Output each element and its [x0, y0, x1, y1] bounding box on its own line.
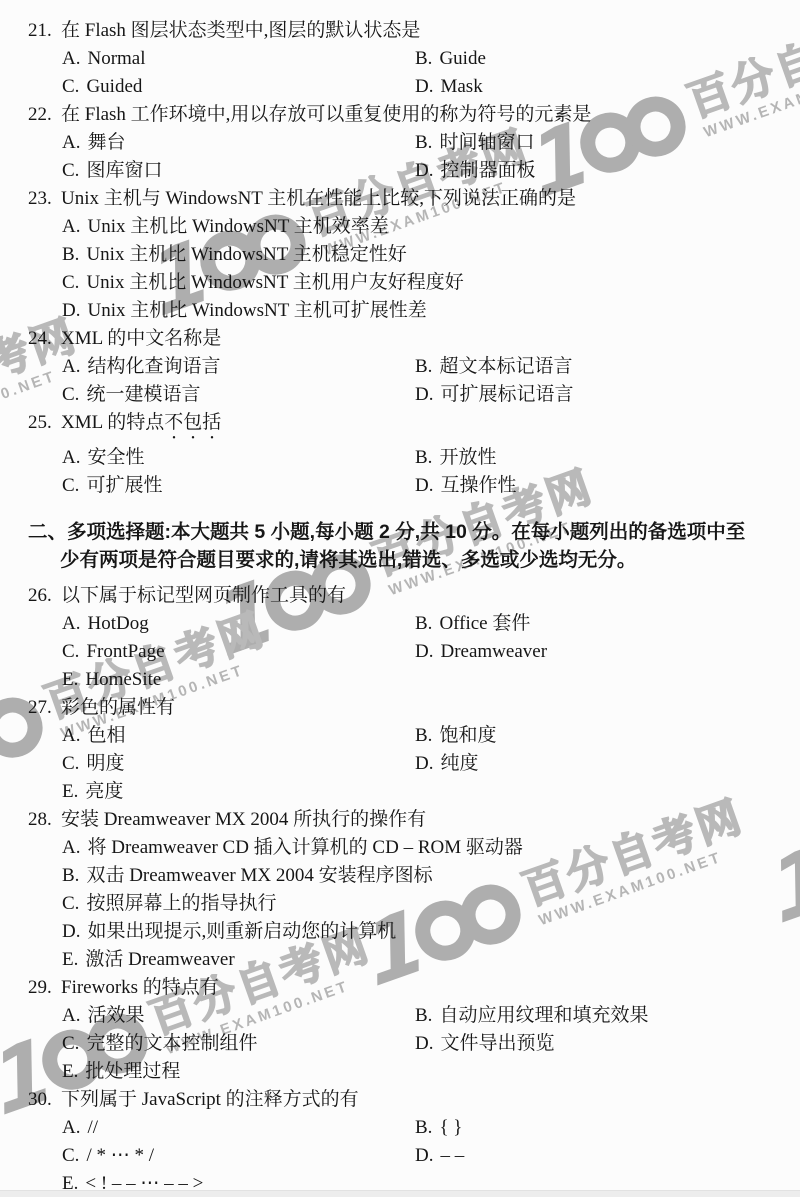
- option-text: Unix 主机比 WindowsNT 主机稳定性好: [86, 244, 406, 265]
- answer-option: C.可扩展性: [62, 472, 415, 500]
- option-text: 按照屏幕上的指导执行: [86, 893, 276, 914]
- answer-option: B.Unix 主机比 WindowsNT 主机稳定性好: [62, 241, 790, 269]
- emphasized-text: 不包括: [164, 412, 221, 433]
- exam-content: 21.在 Flash 图层状态类型中,图层的默认状态是 A.Normal B.G…: [0, 0, 800, 1197]
- option-label: D.: [415, 753, 440, 774]
- exam-page: 1 百分自考网 WWW.EXAM100.NET 1 百分自考网 WWW.EXAM…: [0, 0, 800, 1197]
- option-text: Mask: [440, 76, 482, 97]
- answer-option: C.Guided: [62, 73, 415, 101]
- option-text: 如果出现提示,则重新启动您的计算机: [87, 921, 396, 942]
- answer-option: D.Mask: [415, 73, 790, 101]
- answer-option: D.Dreamweaver: [415, 638, 790, 666]
- option-text: Dreamweaver: [440, 641, 547, 662]
- option-label: C.: [62, 272, 86, 293]
- question-options: A.Unix 主机比 WindowsNT 主机效率差 B.Unix 主机比 Wi…: [62, 213, 790, 325]
- question-number: 28.: [28, 806, 61, 834]
- option-text: 超文本标记语言: [439, 356, 572, 377]
- option-text: 自动应用纹理和填充效果: [439, 1005, 648, 1026]
- option-label: B.: [62, 244, 86, 265]
- question-number: 22.: [28, 101, 61, 129]
- question-title: 安装 Dreamweaver MX 2004 所执行的操作有: [61, 809, 426, 830]
- answer-option: E.批处理过程: [62, 1058, 415, 1086]
- option-label: C.: [62, 1033, 86, 1054]
- option-label: C.: [62, 475, 86, 496]
- section2-header-line1: 二、多项选择题:本大题共 5 小题,每小题 2 分,共 10 分。在每小题列出的…: [28, 518, 790, 546]
- option-label: C.: [62, 160, 86, 181]
- question-options: A.// B.{ } C./ * ⋯ * / D.– – E.< ! – – ⋯…: [62, 1114, 790, 1197]
- single-choice-questions: 21.在 Flash 图层状态类型中,图层的默认状态是 A.Normal B.G…: [28, 17, 790, 500]
- option-label: C.: [62, 753, 86, 774]
- option-label: A.: [62, 837, 87, 858]
- section2-header: 二、多项选择题:本大题共 5 小题,每小题 2 分,共 10 分。在每小题列出的…: [28, 518, 790, 574]
- question-title: 彩色的属性有: [61, 697, 175, 718]
- question-title: XML 的特点不包括: [61, 412, 221, 433]
- answer-option: E.HomeSite: [62, 666, 415, 694]
- answer-option: D.Unix 主机比 WindowsNT 主机可扩展性差: [62, 297, 790, 325]
- question-options: A.结构化查询语言 B.超文本标记语言 C.统一建模语言 D.可扩展标记语言: [62, 353, 790, 409]
- answer-option: C./ * ⋯ * /: [62, 1142, 415, 1170]
- question-title: 在 Flash 工作环境中,用以存放可以重复使用的称为符号的元素是: [61, 104, 591, 125]
- question-number: 24.: [28, 325, 61, 353]
- option-label: B.: [415, 1117, 439, 1138]
- option-label: E.: [62, 669, 85, 690]
- option-label: D.: [415, 76, 440, 97]
- answer-option: C.FrontPage: [62, 638, 415, 666]
- option-text: { }: [439, 1117, 462, 1138]
- option-label: B.: [415, 356, 439, 377]
- option-label: A.: [62, 356, 87, 377]
- answer-option: A.Unix 主机比 WindowsNT 主机效率差: [62, 213, 790, 241]
- option-text: 亮度: [85, 781, 123, 802]
- option-label: A.: [62, 725, 87, 746]
- option-label: B.: [415, 613, 439, 634]
- question-number: 21.: [28, 17, 61, 45]
- answer-option: A.Normal: [62, 45, 415, 73]
- option-text: //: [87, 1117, 98, 1138]
- answer-option: C.图库窗口: [62, 157, 415, 185]
- option-label: A.: [62, 216, 87, 237]
- multi-choice-questions: 26.以下属于标记型网页制作工具的有 A.HotDog B.Office 套件 …: [28, 582, 790, 1197]
- answer-option: B.时间轴窗口: [415, 129, 790, 157]
- option-label: A.: [62, 447, 87, 468]
- option-label: A.: [62, 1005, 87, 1026]
- option-text: 可扩展标记语言: [440, 384, 573, 405]
- answer-option: A.HotDog: [62, 610, 415, 638]
- answer-option: B.超文本标记语言: [415, 353, 790, 381]
- option-text: 舞台: [87, 132, 125, 153]
- answer-option: A.舞台: [62, 129, 415, 157]
- option-label: C.: [62, 384, 86, 405]
- answer-option: B.{ }: [415, 1114, 790, 1142]
- answer-option: E.亮度: [62, 778, 415, 806]
- option-text: 统一建模语言: [86, 384, 200, 405]
- question: 22.在 Flash 工作环境中,用以存放可以重复使用的称为符号的元素是 A.舞…: [28, 101, 790, 185]
- option-text: – –: [440, 1145, 464, 1166]
- option-text: 纯度: [440, 753, 478, 774]
- option-label: B.: [415, 1005, 439, 1026]
- option-label: C.: [62, 1145, 86, 1166]
- question-title: 以下属于标记型网页制作工具的有: [61, 585, 346, 606]
- option-text: Unix 主机比 WindowsNT 主机用户友好程度好: [86, 272, 463, 293]
- option-text: 色相: [87, 725, 125, 746]
- option-label: C.: [62, 76, 86, 97]
- answer-option: B.双击 Dreamweaver MX 2004 安装程序图标: [62, 862, 790, 890]
- answer-option: B.饱和度: [415, 722, 790, 750]
- option-text: Guide: [439, 48, 485, 69]
- option-text: 活效果: [87, 1005, 144, 1026]
- option-text: 安全性: [87, 447, 144, 468]
- question-title: 在 Flash 图层状态类型中,图层的默认状态是: [61, 20, 420, 41]
- question-number: 29.: [28, 974, 61, 1002]
- answer-option: D.纯度: [415, 750, 790, 778]
- question-options: A.色相 B.饱和度 C.明度 D.纯度 E.亮度: [62, 722, 790, 806]
- question-options: A.将 Dreamweaver CD 插入计算机的 CD – ROM 驱动器 B…: [62, 834, 790, 974]
- answer-option: C.按照屏幕上的指导执行: [62, 890, 790, 918]
- question: 24.XML 的中文名称是 A.结构化查询语言 B.超文本标记语言 C.统一建模…: [28, 325, 790, 409]
- option-text: 图库窗口: [86, 160, 162, 181]
- question-options: A.安全性 B.开放性 C.可扩展性 D.互操作性: [62, 444, 790, 500]
- option-label: D.: [415, 641, 440, 662]
- option-label: D.: [415, 475, 440, 496]
- option-label: C.: [62, 893, 86, 914]
- option-text: 时间轴窗口: [439, 132, 534, 153]
- option-label: A.: [62, 1117, 87, 1138]
- answer-option: C.Unix 主机比 WindowsNT 主机用户友好程度好: [62, 269, 790, 297]
- option-label: B.: [415, 48, 439, 69]
- answer-option: D.互操作性: [415, 472, 790, 500]
- question: 26.以下属于标记型网页制作工具的有 A.HotDog B.Office 套件 …: [28, 582, 790, 694]
- option-text: 文件导出预览: [440, 1033, 554, 1054]
- option-text: Unix 主机比 WindowsNT 主机效率差: [87, 216, 388, 237]
- option-label: B.: [62, 865, 86, 886]
- question: 25.XML 的特点不包括 A.安全性 B.开放性 C.可扩展性 D.互操作性: [28, 409, 790, 500]
- option-text: 批处理过程: [85, 1061, 180, 1082]
- question: 21.在 Flash 图层状态类型中,图层的默认状态是 A.Normal B.G…: [28, 17, 790, 101]
- answer-option: C.统一建模语言: [62, 381, 415, 409]
- option-text: 双击 Dreamweaver MX 2004 安装程序图标: [86, 865, 432, 886]
- answer-option: D.文件导出预览: [415, 1030, 790, 1058]
- answer-option: D.– –: [415, 1142, 790, 1170]
- question: 28.安装 Dreamweaver MX 2004 所执行的操作有 A.将 Dr…: [28, 806, 790, 974]
- answer-option: A.将 Dreamweaver CD 插入计算机的 CD – ROM 驱动器: [62, 834, 790, 862]
- option-label: A.: [62, 48, 87, 69]
- option-label: E.: [62, 1061, 85, 1082]
- question-number: 25.: [28, 409, 61, 437]
- option-text: Office 套件: [439, 613, 530, 634]
- option-text: 开放性: [439, 447, 496, 468]
- question-number: 30.: [28, 1086, 61, 1114]
- question: 27.彩色的属性有 A.色相 B.饱和度 C.明度 D.纯度 E.亮度: [28, 694, 790, 806]
- answer-option: A.//: [62, 1114, 415, 1142]
- answer-option: C.完整的文本控制组件: [62, 1030, 415, 1058]
- question: 29.Fireworks 的特点有 A.活效果 B.自动应用纹理和填充效果 C.…: [28, 974, 790, 1086]
- answer-option: B.Guide: [415, 45, 790, 73]
- question-title: XML 的中文名称是: [61, 328, 221, 349]
- option-label: D.: [62, 921, 87, 942]
- option-text: 互操作性: [440, 475, 516, 496]
- option-label: A.: [62, 132, 87, 153]
- option-text: Guided: [86, 76, 142, 97]
- question-options: A.活效果 B.自动应用纹理和填充效果 C.完整的文本控制组件 D.文件导出预览…: [62, 1002, 790, 1086]
- option-text: 可扩展性: [86, 475, 162, 496]
- option-text: HomeSite: [85, 669, 161, 690]
- option-label: D.: [415, 1033, 440, 1054]
- option-text: Normal: [87, 48, 145, 69]
- answer-option: E.激活 Dreamweaver: [62, 946, 790, 974]
- answer-option: D.如果出现提示,则重新启动您的计算机: [62, 918, 790, 946]
- option-label: A.: [62, 613, 87, 634]
- answer-option: B.自动应用纹理和填充效果: [415, 1002, 790, 1030]
- answer-option: D.控制器面板: [415, 157, 790, 185]
- question: 23.Unix 主机与 WindowsNT 主机在性能上比较,下列说法正确的是 …: [28, 185, 790, 325]
- option-text: FrontPage: [86, 641, 164, 662]
- answer-option: A.安全性: [62, 444, 415, 472]
- answer-option: B.开放性: [415, 444, 790, 472]
- option-label: D.: [62, 300, 87, 321]
- question-title: Fireworks 的特点有: [61, 977, 219, 998]
- option-text: 明度: [86, 753, 124, 774]
- question-title: Unix 主机与 WindowsNT 主机在性能上比较,下列说法正确的是: [61, 188, 576, 209]
- section2-header-line2: 少有两项是符合题目要求的,请将其选出,错选、多选或少选均无分。: [60, 546, 790, 574]
- question: 30.下列属于 JavaScript 的注释方式的有 A.// B.{ } C.…: [28, 1086, 790, 1197]
- option-label: B.: [415, 132, 439, 153]
- answer-option: D.可扩展标记语言: [415, 381, 790, 409]
- question-options: A.舞台 B.时间轴窗口 C.图库窗口 D.控制器面板: [62, 129, 790, 185]
- answer-option: A.结构化查询语言: [62, 353, 415, 381]
- option-label: D.: [415, 384, 440, 405]
- option-text: 饱和度: [439, 725, 496, 746]
- page-bottom-scan-band: [0, 1190, 800, 1197]
- option-text: / * ⋯ * /: [86, 1145, 154, 1166]
- option-text: HotDog: [87, 613, 148, 634]
- option-label: B.: [415, 725, 439, 746]
- question-number: 23.: [28, 185, 61, 213]
- option-label: E.: [62, 781, 85, 802]
- option-label: B.: [415, 447, 439, 468]
- option-label: D.: [415, 160, 440, 181]
- option-text: 将 Dreamweaver CD 插入计算机的 CD – ROM 驱动器: [87, 837, 522, 858]
- option-label: C.: [62, 641, 86, 662]
- question-title: 下列属于 JavaScript 的注释方式的有: [61, 1089, 359, 1110]
- question-number: 27.: [28, 694, 61, 722]
- question-options: A.Normal B.Guide C.Guided D.Mask: [62, 45, 790, 101]
- option-text: 完整的文本控制组件: [86, 1033, 257, 1054]
- question-options: A.HotDog B.Office 套件 C.FrontPage D.Dream…: [62, 610, 790, 694]
- answer-option: A.活效果: [62, 1002, 415, 1030]
- answer-option: B.Office 套件: [415, 610, 790, 638]
- option-text: 控制器面板: [440, 160, 535, 181]
- answer-option: C.明度: [62, 750, 415, 778]
- option-label: D.: [415, 1145, 440, 1166]
- option-text: 结构化查询语言: [87, 356, 220, 377]
- answer-option: A.色相: [62, 722, 415, 750]
- option-text: Unix 主机比 WindowsNT 主机可扩展性差: [87, 300, 426, 321]
- option-text: 激活 Dreamweaver: [85, 949, 234, 970]
- option-label: E.: [62, 949, 85, 970]
- question-number: 26.: [28, 582, 61, 610]
